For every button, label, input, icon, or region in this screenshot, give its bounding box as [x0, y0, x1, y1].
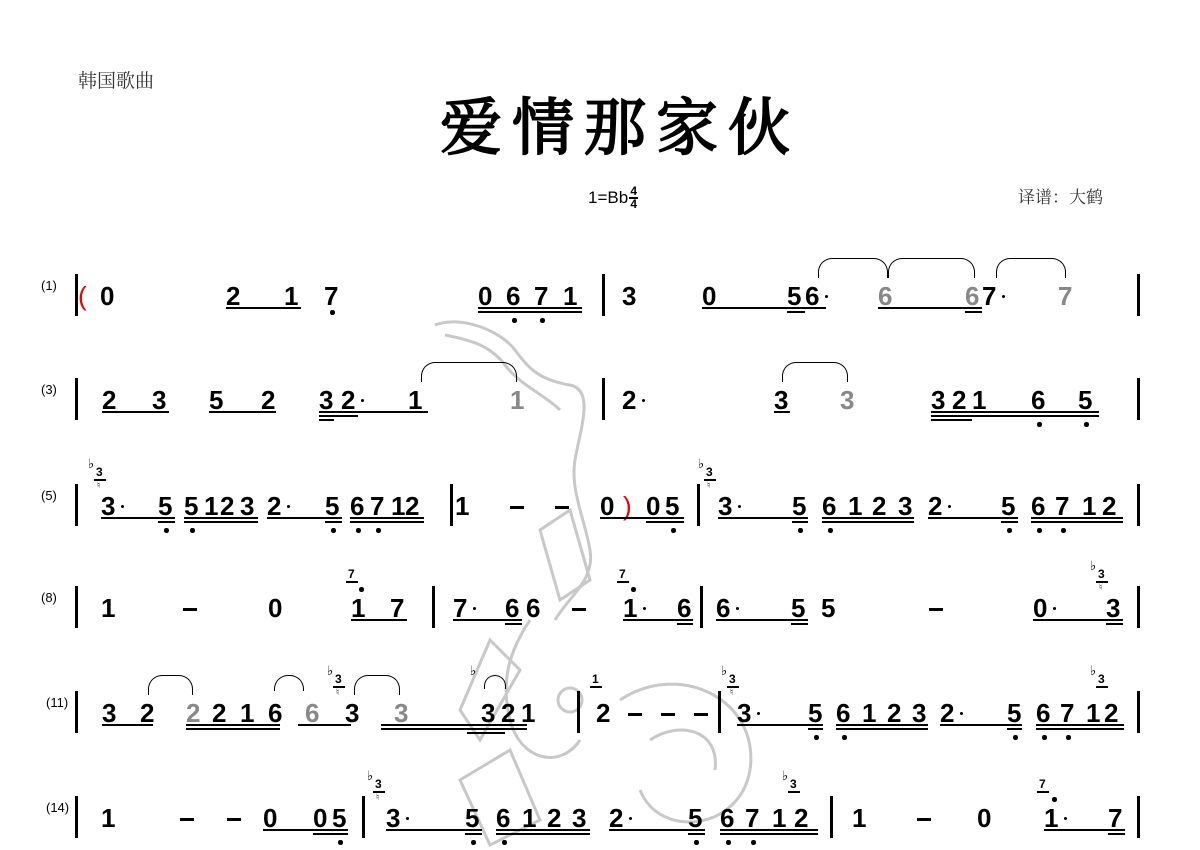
- note-digit: 2: [220, 493, 234, 519]
- duration-underline: [496, 829, 590, 831]
- note-digit: 5: [184, 493, 198, 519]
- flat-icon: ♭: [721, 665, 727, 678]
- duration-underline: [478, 311, 582, 313]
- note-digit: 0: [263, 805, 277, 831]
- augmentation-dot: [473, 607, 476, 610]
- duration-underline: [1036, 724, 1124, 726]
- duration-underline: [467, 732, 505, 734]
- barline: [1137, 796, 1140, 838]
- duration-underline: [313, 833, 348, 835]
- duration-underline: [478, 307, 582, 309]
- key-signature: 1=Bb 4 4: [588, 186, 638, 210]
- low-octave-dot: [1042, 735, 1047, 740]
- note-digit: 5: [325, 493, 339, 519]
- note-digit: 3: [386, 805, 400, 831]
- grace-note: 3: [729, 673, 736, 685]
- duration-underline: [496, 833, 590, 835]
- high-octave-dot: [631, 587, 636, 592]
- duration-underline: [702, 307, 826, 309]
- tie-slur: [148, 675, 193, 695]
- low-octave-dot: [726, 840, 731, 845]
- note-digit: 3: [572, 805, 586, 831]
- duration-underline: [319, 419, 334, 421]
- duration-underline: [1031, 517, 1123, 519]
- duration-underline: [1033, 619, 1123, 621]
- note-digit: 3: [319, 387, 333, 413]
- low-octave-dot: [190, 528, 195, 533]
- augmentation-dot: [736, 607, 739, 610]
- augmentation-dot: [738, 505, 741, 508]
- duration-underline: [677, 623, 693, 625]
- duration-underline: [646, 521, 684, 523]
- duration-underline: [1108, 833, 1125, 835]
- duration-underline: [319, 411, 428, 413]
- note-digit: 5: [792, 493, 806, 519]
- note-digit: 2: [341, 387, 355, 413]
- note-digit: 7: [453, 595, 467, 621]
- repeat-paren: ): [623, 493, 632, 519]
- low-octave-dot: [1037, 422, 1042, 427]
- note-digit: 0: [100, 283, 114, 309]
- note-digit: 6: [526, 595, 540, 621]
- note-digit: 1: [772, 805, 786, 831]
- grace-note: 1: [592, 673, 599, 685]
- grace-underline: [333, 686, 345, 688]
- augmentation-dot: [121, 505, 124, 508]
- note-digit: 7: [745, 805, 759, 831]
- sustain-dash: [555, 506, 569, 509]
- grace-note: 3: [96, 466, 103, 478]
- measure-number: (8): [41, 590, 57, 605]
- note-digit: 1: [852, 805, 866, 831]
- note-digit: 3: [774, 387, 788, 413]
- note-digit: 1: [284, 283, 298, 309]
- note-digit: 0: [313, 805, 327, 831]
- tie-slur: [484, 675, 506, 689]
- note-digit: 5: [1007, 700, 1021, 726]
- note-digit: 7: [982, 283, 996, 309]
- note-digit: 3: [1106, 595, 1120, 621]
- duration-underline: [186, 724, 280, 726]
- grace-note: 3: [375, 778, 382, 790]
- note-digit: 3: [102, 700, 116, 726]
- note-digit: 1: [408, 387, 422, 413]
- grace-note: 3: [1098, 568, 1105, 580]
- arranger-credit: 译谱：大鹤: [1018, 183, 1103, 208]
- low-octave-dot: [671, 528, 676, 533]
- barline: [577, 691, 580, 733]
- duration-underline: [386, 829, 482, 831]
- note-digit: 6: [505, 595, 519, 621]
- barline: [362, 796, 365, 838]
- duration-underline: [350, 521, 424, 523]
- duration-underline: [350, 517, 424, 519]
- natural-icon: ♮: [97, 482, 100, 491]
- note-digit: 1: [1086, 700, 1100, 726]
- barline: [1137, 586, 1140, 628]
- note-digit: 0: [268, 595, 282, 621]
- duration-underline: [1106, 623, 1123, 625]
- duration-underline: [325, 521, 342, 523]
- flat-icon: ♭: [88, 458, 94, 471]
- note-digit: 0: [478, 283, 492, 309]
- key-label: 1=Bb: [588, 188, 628, 208]
- note-digit: 1: [1082, 493, 1096, 519]
- tie-slur: [818, 258, 888, 278]
- grace-underline: [1096, 686, 1108, 688]
- note-digit: 1: [522, 805, 536, 831]
- grace-underline: [788, 791, 800, 793]
- grace-underline: [346, 581, 358, 583]
- grace-underline: [1037, 791, 1049, 793]
- duration-underline: [263, 829, 348, 831]
- note-digit: 2: [212, 700, 226, 726]
- low-octave-dot: [1061, 528, 1066, 533]
- note-digit: 5: [808, 700, 822, 726]
- note-digit: 2: [940, 700, 954, 726]
- sustain-dash: [929, 608, 943, 611]
- note-digit: 1: [563, 283, 577, 309]
- note-digit: 3: [345, 700, 359, 726]
- low-octave-dot: [1013, 735, 1018, 740]
- sustain-dash: [180, 818, 194, 821]
- low-octave-dot: [376, 528, 381, 533]
- low-octave-dot: [502, 840, 507, 845]
- note-digit: 2: [928, 493, 942, 519]
- note-digit: 0: [600, 493, 614, 519]
- note-digit: 1: [204, 493, 218, 519]
- duration-underline: [102, 724, 153, 726]
- duration-underline: [623, 619, 693, 621]
- grace-note: 7: [1039, 778, 1046, 790]
- duration-underline: [774, 411, 790, 413]
- augmentation-dot: [643, 607, 646, 610]
- barline: [1137, 484, 1140, 526]
- grace-note: 3: [1098, 673, 1105, 685]
- low-octave-dot: [1084, 422, 1089, 427]
- duration-underline: [267, 517, 342, 519]
- barline: [75, 586, 78, 628]
- note-digit: 5: [1078, 387, 1092, 413]
- note-digit: 1: [101, 595, 115, 621]
- duration-underline: [1031, 521, 1123, 523]
- low-octave-dot: [828, 528, 833, 533]
- note-digit: 2: [547, 805, 561, 831]
- note-digit: 7: [1108, 805, 1122, 831]
- note-digit: 3: [840, 387, 854, 413]
- duration-underline: [931, 419, 972, 421]
- augmentation-dot: [642, 399, 645, 402]
- duration-underline: [716, 619, 808, 621]
- note-digit: 2: [1104, 700, 1118, 726]
- note-digit: 1: [848, 493, 862, 519]
- note-digit: 7: [534, 283, 548, 309]
- note-digit: 3: [481, 700, 495, 726]
- note-digit: 3: [912, 700, 926, 726]
- grace-note: 7: [348, 568, 355, 580]
- grace-underline: [704, 479, 716, 481]
- natural-icon: ♮: [707, 482, 710, 491]
- note-digit: 3: [898, 493, 912, 519]
- tie-slur: [888, 258, 975, 278]
- note-digit: 1: [510, 387, 524, 413]
- duration-underline: [822, 517, 914, 519]
- note-digit: 1: [1044, 805, 1058, 831]
- augmentation-dot: [361, 399, 364, 402]
- duration-underline: [940, 724, 1022, 726]
- duration-underline: [101, 517, 175, 519]
- note-digit: 5: [332, 805, 346, 831]
- note-digit: 5: [791, 595, 805, 621]
- duration-underline: [718, 517, 808, 519]
- sustain-dash: [694, 713, 708, 716]
- note-digit: 5: [158, 493, 172, 519]
- tie-slur: [354, 675, 400, 695]
- note-digit: 5: [787, 283, 801, 309]
- duration-underline: [226, 307, 301, 309]
- song-title: 爱情那家伙: [0, 78, 1200, 167]
- note-digit: 5: [688, 805, 702, 831]
- flat-icon: ♭: [1090, 560, 1096, 573]
- note-digit: 3: [240, 493, 254, 519]
- note-digit: 2: [887, 700, 901, 726]
- note-digit: 2: [1102, 493, 1116, 519]
- grace-underline: [617, 581, 629, 583]
- note-digit: 2: [140, 700, 154, 726]
- note-digit: 3: [101, 493, 115, 519]
- barline: [75, 484, 78, 526]
- duration-underline: [1007, 728, 1022, 730]
- sustain-dash: [628, 713, 642, 716]
- barline: [450, 484, 453, 526]
- measure-number: (11): [46, 695, 68, 710]
- duration-underline: [720, 829, 818, 831]
- augmentation-dot: [406, 817, 409, 820]
- note-digit: 2: [596, 700, 610, 726]
- note-digit: 6: [1031, 493, 1045, 519]
- barline: [602, 378, 605, 420]
- low-octave-dot: [330, 310, 335, 315]
- flat-icon: ♭: [367, 770, 373, 783]
- high-octave-dot: [1052, 797, 1057, 802]
- duration-underline: [1044, 829, 1125, 831]
- barline: [602, 274, 605, 316]
- low-octave-dot: [694, 840, 699, 845]
- augmentation-dot: [1002, 295, 1005, 298]
- grace-note: 7: [619, 568, 626, 580]
- duration-underline: [465, 833, 482, 835]
- duration-underline: [931, 415, 1099, 417]
- sustain-dash: [572, 608, 586, 611]
- note-digit: 6: [1031, 387, 1045, 413]
- note-digit: 5: [209, 387, 223, 413]
- duration-underline: [381, 724, 527, 726]
- measure-number: (1): [41, 278, 57, 293]
- note-digit: 1: [240, 700, 254, 726]
- low-octave-dot: [798, 528, 803, 533]
- barline: [432, 586, 435, 628]
- note-digit: 6: [1036, 700, 1050, 726]
- note-digit: 6: [878, 283, 892, 309]
- note-digit: 1: [862, 700, 876, 726]
- low-octave-dot: [540, 318, 545, 323]
- duration-underline: [505, 623, 522, 625]
- duration-underline: [836, 724, 928, 726]
- note-digit: 2: [872, 493, 886, 519]
- duration-underline: [720, 833, 818, 835]
- note-digit: 6: [506, 283, 520, 309]
- low-octave-dot: [814, 735, 819, 740]
- note-digit: 6: [965, 283, 979, 309]
- measure-number: (14): [46, 800, 69, 815]
- barline: [697, 484, 700, 526]
- low-octave-dot: [471, 840, 476, 845]
- note-digit: 2: [609, 805, 623, 831]
- note-digit: 6: [836, 700, 850, 726]
- high-octave-dot: [359, 587, 364, 592]
- duration-underline: [351, 619, 407, 621]
- note-digit: 6: [305, 700, 319, 726]
- note-digit: 2: [226, 283, 240, 309]
- duration-underline: [209, 411, 276, 413]
- natural-icon: ♮: [376, 794, 379, 803]
- note-digit: 7: [390, 595, 404, 621]
- duration-underline: [609, 829, 705, 831]
- augmentation-dot: [1053, 607, 1056, 610]
- low-octave-dot: [331, 528, 336, 533]
- augmentation-dot: [629, 817, 632, 820]
- duration-underline: [600, 517, 684, 519]
- duration-underline: [808, 728, 823, 730]
- note-digit: 0: [1033, 595, 1047, 621]
- note-digit: 6: [716, 595, 730, 621]
- note-digit: 2: [405, 493, 419, 519]
- note-digit: 6: [822, 493, 836, 519]
- time-signature: 4 4: [629, 186, 638, 210]
- note-digit: 5: [1001, 493, 1015, 519]
- augmentation-dot: [1064, 817, 1067, 820]
- duration-underline: [931, 411, 1099, 413]
- flat-icon: ♭: [327, 665, 333, 678]
- low-octave-dot: [1066, 735, 1071, 740]
- note-digit: 1: [351, 595, 365, 621]
- augmentation-dot: [825, 295, 828, 298]
- note-digit: 2: [794, 805, 808, 831]
- note-digit: 2: [186, 700, 200, 726]
- barline: [1137, 378, 1140, 420]
- note-digit: 7: [370, 493, 384, 519]
- note-digit: 1: [101, 805, 115, 831]
- barline: [718, 691, 721, 733]
- tie-slur: [421, 362, 517, 382]
- low-octave-dot: [751, 840, 756, 845]
- flat-icon: ♭: [782, 770, 788, 783]
- duration-underline: [878, 307, 982, 309]
- barline: [1137, 691, 1140, 733]
- note-digit: 6: [805, 283, 819, 309]
- note-digit: 6: [350, 493, 364, 519]
- duration-underline: [787, 311, 805, 313]
- note-digit: 0: [702, 283, 716, 309]
- grace-note: 3: [335, 673, 342, 685]
- grace-note: 3: [706, 466, 713, 478]
- note-digit: 0: [646, 493, 660, 519]
- note-digit: 1: [391, 493, 405, 519]
- duration-underline: [184, 517, 258, 519]
- duration-underline: [1036, 728, 1124, 730]
- grace-underline: [373, 791, 385, 793]
- duration-underline: [298, 724, 351, 726]
- measure-number: (3): [41, 382, 57, 397]
- grace-note: 3: [790, 778, 797, 790]
- barline: [75, 378, 78, 420]
- barline: [700, 586, 703, 628]
- note-digit: 6: [677, 595, 691, 621]
- note-digit: 2: [261, 387, 275, 413]
- grace-underline: [94, 479, 106, 481]
- note-digit: 2: [501, 700, 515, 726]
- note-digit: 3: [622, 283, 636, 309]
- grace-underline: [590, 686, 602, 688]
- note-digit: 6: [720, 805, 734, 831]
- duration-underline: [102, 411, 169, 413]
- sustain-dash: [917, 818, 931, 821]
- tie-slur: [782, 362, 848, 382]
- augmentation-dot: [948, 505, 951, 508]
- duration-underline: [381, 728, 527, 730]
- note-digit: 2: [622, 387, 636, 413]
- sustain-dash: [661, 713, 675, 716]
- tie-slur: [996, 258, 1066, 278]
- note-digit: 7: [1058, 283, 1072, 309]
- duration-underline: [792, 521, 808, 523]
- note-digit: 7: [1060, 700, 1074, 726]
- duration-underline: [1001, 521, 1018, 523]
- sustain-dash: [510, 506, 524, 509]
- flat-icon: ♭: [698, 458, 704, 471]
- low-octave-dot: [164, 528, 169, 533]
- flat-icon: ♭: [1090, 665, 1096, 678]
- note-digit: 3: [394, 700, 408, 726]
- note-digit: 1: [521, 700, 535, 726]
- note-digit: 3: [718, 493, 732, 519]
- duration-underline: [186, 728, 280, 730]
- duration-underline: [836, 728, 928, 730]
- low-octave-dot: [338, 840, 343, 845]
- duration-underline: [158, 521, 175, 523]
- barline: [830, 796, 833, 838]
- augmentation-dot: [757, 712, 760, 715]
- low-octave-dot: [356, 528, 361, 533]
- note-digit: 3: [737, 700, 751, 726]
- note-digit: 1: [972, 387, 986, 413]
- low-octave-dot: [842, 735, 847, 740]
- natural-icon: ♮: [730, 689, 733, 698]
- flat-icon: ♭: [470, 665, 476, 678]
- note-digit: 2: [952, 387, 966, 413]
- sustain-dash: [227, 818, 241, 821]
- note-digit: 3: [152, 387, 166, 413]
- note-digit: 5: [465, 805, 479, 831]
- grace-underline: [1096, 581, 1108, 583]
- low-octave-dot: [1007, 528, 1012, 533]
- barline: [75, 796, 78, 838]
- duration-underline: [965, 311, 982, 313]
- barline: [75, 691, 78, 733]
- natural-icon: ♮: [1099, 584, 1102, 593]
- grace-underline: [727, 686, 739, 688]
- augmentation-dot: [960, 712, 963, 715]
